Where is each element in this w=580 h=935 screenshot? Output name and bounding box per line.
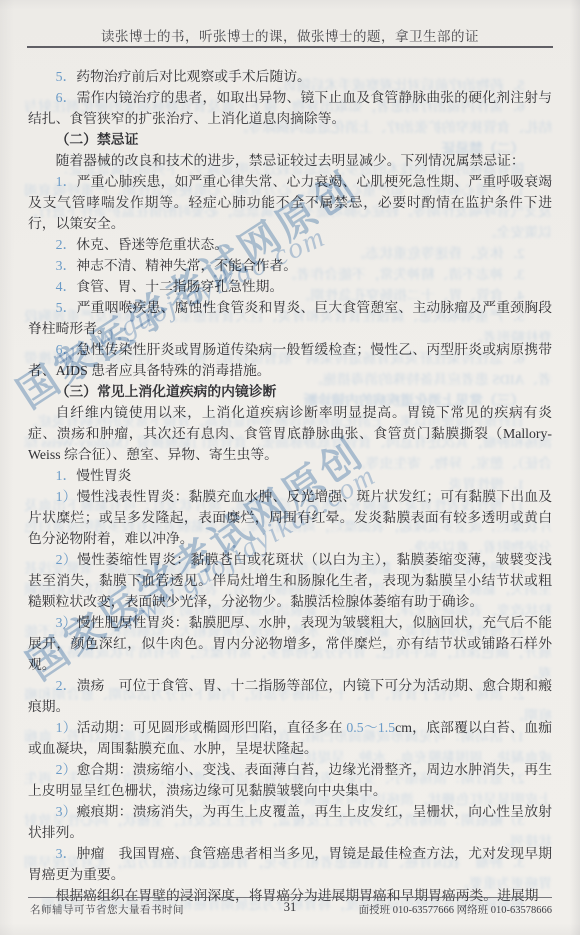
item-number: 2．	[56, 237, 77, 252]
paragraph: 1．严重心肺疾患，如严重心律失常、心力衰竭、心肌梗死急性期、严重呼吸衰竭及支气管…	[28, 171, 552, 234]
paragraph: 3）瘢痕期：溃疡消失，为再生上皮覆盖，再生上皮发红，呈栅状，向心性呈放射状排列。	[28, 801, 552, 843]
text-run: （二）禁忌证	[56, 132, 139, 147]
paragraph: 3．神志不清、精神失常，不能合作者。	[28, 255, 552, 276]
paragraph: 5．药物治疗前后对比观察或手术后随访。	[28, 66, 552, 87]
text-run: 药物治疗前后对比观察或手术后随访。	[76, 69, 311, 84]
text-run: 严重咽喉疾患、腐蚀性食管炎和胃炎、巨大食管憩室、主动脉瘤及严重颈胸段脊柱畸形者。	[28, 300, 552, 336]
text-run: 食管、胃、十二指肠穿孔急性期。	[76, 279, 283, 294]
item-number: 2）	[56, 552, 77, 567]
item-number: 1）	[56, 720, 77, 735]
paragraph: 4．食管、胃、十二指肠穿孔急性期。	[28, 276, 552, 297]
paragraph: 6．需作内镜治疗的患者，如取出异物、镜下止血及食管静脉曲张的硬化剂注射与结扎、食…	[28, 87, 552, 129]
text-run: （三）常见上消化道疾病的内镜诊断	[56, 384, 277, 399]
footer-rule	[28, 897, 552, 898]
scanned-page: 5．药物治疗前后对比观察或手术后随访。6．需作内镜治疗的患者，如取出异物、镜下止…	[0, 0, 580, 935]
item-number: 0.5～1.5	[346, 720, 395, 735]
item-number: 2．	[56, 678, 77, 693]
paragraph: 6．急性传染性肝炎或胃肠道传染病一般暂缓检查；慢性乙、丙型肝炎或病原携带者、AI…	[28, 339, 552, 381]
paragraph: 随着器械的改良和技术的进步，禁忌证较过去明显减少。下列情况属禁忌证：	[28, 150, 552, 171]
item-number: 3．	[56, 258, 77, 273]
text-run: 休克、昏迷等危重状态。	[76, 237, 228, 252]
item-number: 4．	[56, 279, 77, 294]
item-number: 3）	[56, 804, 77, 819]
text-run: 溃疡 可位于食管、胃、十二指肠等部位，内镜下可分为活动期、愈合期和瘢痕期。	[28, 678, 552, 714]
text-run: 慢性肥厚性胃炎：黏膜肥厚、水肿，表现为皱襞粗大，似脑回状，充气后不能展开，颜色深…	[28, 615, 552, 672]
header-rule	[27, 46, 553, 48]
item-number: 5．	[56, 300, 77, 315]
text-run: 慢性浅表性胃炎：黏膜充血水肿、反光增强、斑片状发红；可有黏膜下出血及片状糜烂；或…	[28, 489, 552, 546]
text-run: 愈合期：溃疡缩小、变浅、表面薄白苔，边缘光滑整齐，周边水肿消失，再生上皮明显呈红…	[28, 762, 552, 798]
footer-contact: 面授班 010-63577666 网络班 010-63578666	[359, 902, 552, 917]
paragraph: 自纤维内镜使用以来，上消化道疾病诊断率明显提高。胃镜下常见的疾病有炎症、溃疡和肿…	[28, 402, 552, 465]
paragraph: 1）活动期：可见圆形或椭圆形凹陷，直径多在 0.5～1.5cm，底部覆以白苔、血…	[28, 717, 552, 759]
paragraph: （三）常见上消化道疾病的内镜诊断	[28, 381, 552, 402]
text-run: 急性传染性肝炎或胃肠道传染病一般暂缓检查；慢性乙、丙型肝炎或病原携带者、AIDS…	[28, 342, 552, 378]
page-body: 5．药物治疗前后对比观察或手术后随访。6．需作内镜治疗的患者，如取出异物、镜下止…	[28, 66, 552, 906]
text-run: 活动期：可见圆形或椭圆形凹陷，直径多在	[77, 720, 347, 735]
item-number: 2）	[56, 762, 77, 777]
item-number: 1）	[56, 489, 77, 504]
text-run: 严重心肺疾患，如严重心律失常、心力衰竭、心肌梗死急性期、严重呼吸衰竭及支气管哮喘…	[28, 174, 552, 231]
item-number: 3）	[56, 615, 77, 630]
paragraph: 3）慢性肥厚性胃炎：黏膜肥厚、水肿，表现为皱襞粗大，似脑回状，充气后不能展开，颜…	[28, 612, 552, 675]
item-number: 1．	[56, 468, 77, 483]
header-slogan: 读张博士的书，听张博士的课，做张博士的题，拿卫生部的证	[28, 25, 552, 45]
text-run: 慢性萎缩性胃炎：黏膜苍白或花斑状（以白为主），黏膜萎缩变薄，皱襞变浅甚至消失，黏…	[28, 552, 552, 609]
item-number: 3．	[56, 846, 77, 861]
paragraph: 2．休克、昏迷等危重状态。	[28, 234, 552, 255]
paragraph: 5．严重咽喉疾患、腐蚀性食管炎和胃炎、巨大食管憩室、主动脉瘤及严重颈胸段脊柱畸形…	[28, 297, 552, 339]
text-run: 随着器械的改良和技术的进步，禁忌证较过去明显减少。下列情况属禁忌证：	[56, 153, 525, 168]
paragraph: 3．肿瘤 我国胃癌、食管癌患者相当多见，胃镜是最佳检查方法，尤对发现早期胃癌更为…	[28, 843, 552, 885]
item-number: 5．	[56, 69, 77, 84]
item-number: 6．	[56, 342, 77, 357]
paragraph: 1．慢性胃炎	[28, 465, 552, 486]
text-run: 自纤维内镜使用以来，上消化道疾病诊断率明显提高。胃镜下常见的疾病有炎症、溃疡和肿…	[28, 405, 552, 462]
text-run: 神志不清、精神失常，不能合作者。	[76, 258, 297, 273]
text-run: 瘢痕期：溃疡消失，为再生上皮覆盖，再生上皮发红，呈栅状，向心性呈放射状排列。	[28, 804, 552, 840]
text-run: 慢性胃炎	[76, 468, 131, 483]
paragraph: 2．溃疡 可位于食管、胃、十二指肠等部位，内镜下可分为活动期、愈合期和瘢痕期。	[28, 675, 552, 717]
paragraph: （二）禁忌证	[28, 129, 552, 150]
item-number: 6．	[56, 90, 77, 105]
paragraph: 2）慢性萎缩性胃炎：黏膜苍白或花斑状（以白为主），黏膜萎缩变薄，皱襞变浅甚至消失…	[28, 549, 552, 612]
item-number: 1．	[56, 174, 77, 189]
paragraph: 1）慢性浅表性胃炎：黏膜充血水肿、反光增强、斑片状发红；可有黏膜下出血及片状糜烂…	[28, 486, 552, 549]
text-run: 需作内镜治疗的患者，如取出异物、镜下止血及食管静脉曲张的硬化剂注射与结扎、食管狭…	[28, 90, 552, 126]
paragraph: 2）愈合期：溃疡缩小、变浅、表面薄白苔，边缘光滑整齐，周边水肿消失，再生上皮明显…	[28, 759, 552, 801]
text-run: 肿瘤 我国胃癌、食管癌患者相当多见，胃镜是最佳检查方法，尤对发现早期胃癌更为重要…	[28, 846, 552, 882]
